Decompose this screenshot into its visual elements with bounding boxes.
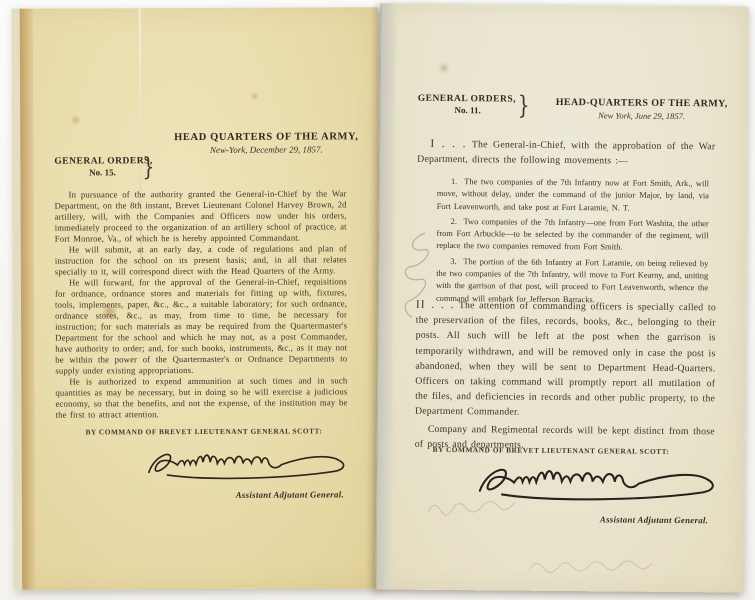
paper-stain: [250, 92, 259, 101]
list-item: 1. The two companies of the 7th Infantry…: [437, 176, 709, 215]
left-doc-order-number: No. 15.: [54, 167, 150, 177]
brace-glyph: }: [142, 154, 154, 179]
item-number: 3.: [450, 257, 456, 266]
page-fold-edge: [20, 9, 36, 590]
document-general-orders-11: GENERAL ORDERS, No. 11. } HEAD-QUARTERS …: [375, 3, 748, 592]
left-doc-signature: [142, 443, 356, 491]
right-doc-command-line: BY COMMAND OF BREVET LIEUTENANT GENERAL …: [433, 445, 670, 456]
document-general-orders-15: HEAD QUARTERS OF THE ARMY, New-York, Dec…: [12, 7, 381, 590]
item-number: 2.: [451, 217, 457, 226]
right-doc-dateline: New York, June 29, 1857.: [538, 110, 746, 122]
left-doc-paragraph: In pursuance of the authority granted th…: [55, 188, 347, 244]
pencil-annotation-illegible: [526, 555, 656, 585]
right-doc-section-1: I . . . The General-in-Chief, with the a…: [417, 137, 715, 170]
right-doc-signature-title: Assistant Adjutant General.: [574, 514, 734, 525]
item-text: The two companies of the 7th Infantry no…: [437, 177, 709, 212]
right-doc-header: HEAD-QUARTERS OF THE ARMY, New York, Jun…: [538, 97, 746, 122]
right-doc-order-heading: GENERAL ORDERS, No. 11.: [418, 94, 518, 116]
left-doc-paragraph: He is authorized to expend ammunition at…: [55, 375, 347, 420]
left-doc-title: HEAD QUARTERS OF THE ARMY,: [152, 131, 380, 143]
page-binding-edge: [375, 3, 397, 589]
right-doc-order-number: No. 11.: [418, 105, 518, 116]
left-doc-dateline: New-York, December 29, 1857.: [152, 144, 380, 155]
section-1-intro: I . . . The General-in-Chief, with the a…: [417, 137, 715, 170]
left-doc-signature-title: Assistant Adjutant General.: [210, 489, 370, 500]
left-doc-order-label: GENERAL ORDERS,: [54, 156, 150, 166]
section-2-body: The attention of commanding officers is …: [415, 300, 716, 418]
right-doc-title: HEAD-QUARTERS OF THE ARMY,: [538, 97, 746, 110]
left-doc-paragraph: He will submit, at an early day, a code …: [55, 243, 347, 277]
list-item: 2. Two companies of the 7th Infantry—one…: [436, 216, 708, 255]
left-doc-command-line: BY COMMAND OF BREVET LIEUTENANT GENERAL …: [86, 426, 323, 436]
item-text: The portion of the 6th Infantry at Fort …: [436, 257, 708, 304]
paper-stain: [438, 62, 450, 74]
right-doc-movement-list: 1. The two companies of the 7th Infantry…: [436, 176, 709, 310]
left-doc-paragraph: He will forward, for the approval of the…: [55, 276, 347, 376]
signature-ink-stroke: [142, 443, 356, 486]
pencil-annotation-illegible: [424, 494, 520, 528]
left-doc-header: HEAD QUARTERS OF THE ARMY, New-York, Dec…: [152, 131, 380, 155]
section-1-numeral: I . . .: [430, 138, 466, 150]
brace-glyph: }: [518, 93, 530, 118]
left-doc-body: In pursuance of the authority granted th…: [55, 188, 348, 420]
item-number: 1.: [451, 177, 457, 186]
paper-stain: [70, 114, 81, 125]
scanned-documents-photo: HEAD QUARTERS OF THE ARMY, New-York, Dec…: [0, 0, 755, 600]
right-doc-section-2: II . . . The attention of commanding off…: [415, 298, 716, 455]
right-doc-order-label: GENERAL ORDERS,: [418, 94, 518, 105]
pencil-flourish: [396, 230, 441, 331]
left-doc-order-heading: GENERAL ORDERS, No. 15.: [54, 156, 150, 177]
item-text: Two companies of the 7th Infantry—one fr…: [436, 217, 708, 252]
section-2-text: II . . . The attention of commanding off…: [415, 298, 716, 422]
